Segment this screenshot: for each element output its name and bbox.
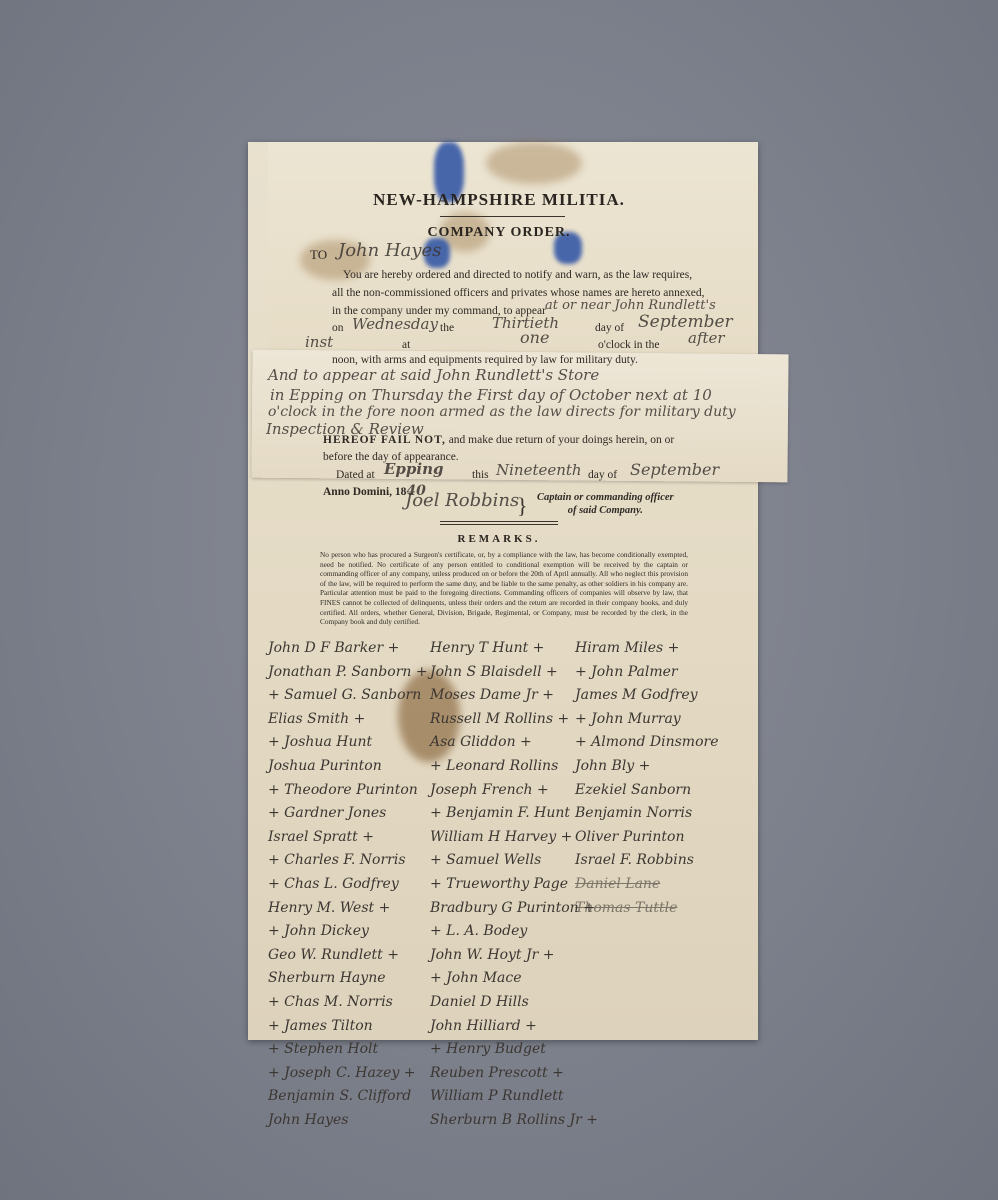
remarks-text: No person who has procured a Surgeon's c… [320, 550, 688, 627]
name-entry-struck: Thomas Tuttle [575, 900, 719, 924]
name-entry: Ezekiel Sanborn [575, 782, 719, 806]
name-entry: + Gardner Jones [268, 805, 428, 829]
name-entry: Sherburn Hayne [268, 970, 428, 994]
name-entry: Jonathan P. Sanborn + [268, 664, 428, 688]
names-column-3: Hiram Miles + + John Palmer James M Godf… [575, 640, 719, 923]
weekday: Wednesday [352, 315, 438, 333]
dated-at-label: Dated at [336, 467, 375, 484]
name-entry: William P Rundlett [430, 1088, 598, 1112]
name-entry: Daniel D Hills [430, 994, 598, 1018]
signature: Joel Robbins [405, 490, 519, 511]
name-entry: Oliver Purinton [575, 829, 719, 853]
name-entry: John W. Hoyt Jr + [430, 947, 598, 971]
name-entry: Elias Smith + [268, 711, 428, 735]
to-name: John Hayes [338, 240, 441, 261]
on-label: on [332, 320, 344, 337]
inst: inst [305, 333, 333, 351]
to-label: TO [310, 246, 327, 263]
name-entry: John Bly + [575, 758, 719, 782]
name-entry: + Trueworthy Page [430, 876, 598, 900]
appear-place: at or near John Rundlett's [545, 298, 716, 313]
the-label: the [440, 320, 454, 337]
added-line: in Epping on Thursday the First day of O… [270, 386, 712, 404]
name-entry: Israel F. Robbins [575, 852, 719, 876]
day-of-label: day of [595, 320, 624, 337]
name-entry: Israel Spratt + [268, 829, 428, 853]
name-entry: + Stephen Holt [268, 1041, 428, 1065]
name-entry: + John Dickey [268, 923, 428, 947]
dated-place: Epping [384, 460, 444, 478]
name-entry: + Henry Budget [430, 1041, 598, 1065]
name-entry: + John Palmer [575, 664, 719, 688]
name-entry: Geo W. Rundlett + [268, 947, 428, 971]
this-label: this [472, 467, 489, 484]
name-entry: + Almond Dinsmore [575, 734, 719, 758]
divider [440, 524, 558, 525]
added-line: And to appear at said John Rundlett's St… [268, 366, 599, 384]
name-entry: Sherburn B Rollins Jr + [430, 1112, 598, 1136]
name-entry: + Benjamin F. Hunt [430, 805, 598, 829]
name-entry: John S Blaisdell + [430, 664, 598, 688]
document-heading: NEW-HAMPSHIRE MILITIA. [0, 190, 998, 210]
name-entry: + Charles F. Norris [268, 852, 428, 876]
name-entry: + Joshua Hunt [268, 734, 428, 758]
name-entry: + Samuel Wells [430, 852, 598, 876]
dated-day: Nineteenth [496, 461, 582, 479]
name-entry: + Joseph C. Hazey + [268, 1065, 428, 1089]
divider [440, 521, 558, 522]
name-entry-struck: Daniel Lane [575, 876, 719, 900]
name-entry: + Chas M. Norris [268, 994, 428, 1018]
captain-line-1: Captain or commanding officer [537, 491, 674, 504]
divider [440, 216, 565, 217]
name-entry: + L. A. Bodey [430, 923, 598, 947]
anno-domini: Anno Domini, 18 [323, 486, 406, 498]
name-entry: + Theodore Purinton [268, 782, 428, 806]
fail-not-rest: and make due return of your doings herei… [449, 434, 674, 446]
am-pm: after [688, 329, 725, 347]
name-entry: + John Mace [430, 970, 598, 994]
name-entry: Joseph French + [430, 782, 598, 806]
name-entry: Bradbury G Purinton + [430, 900, 598, 924]
name-entry: Moses Dame Jr + [430, 687, 598, 711]
document-subheading: COMPANY ORDER. [0, 225, 998, 241]
fail-not: HEREOF FAIL NOT, [323, 434, 446, 446]
name-entry: Reuben Prescott + [430, 1065, 598, 1089]
hour: one [520, 328, 549, 347]
name-entry: + John Murray [575, 711, 719, 735]
body-line: You are hereby ordered and directed to n… [343, 267, 692, 284]
name-entry: + James Tilton [268, 1018, 428, 1042]
name-entry: James M Godfrey [575, 687, 719, 711]
name-entry: Benjamin S. Clifford [268, 1088, 428, 1112]
remarks-title: REMARKS. [0, 533, 998, 545]
name-entry: William H Harvey + [430, 829, 598, 853]
dated-day-of: day of [588, 467, 617, 484]
name-entry: John D F Barker + [268, 640, 428, 664]
names-column-2: Henry T Hunt + John S Blaisdell + Moses … [430, 640, 598, 1135]
dated-month: September [630, 460, 719, 479]
name-entry: Russell M Rollins + [430, 711, 598, 735]
name-entry: Henry M. West + [268, 900, 428, 924]
name-entry: Joshua Purinton [268, 758, 428, 782]
name-entry: John Hilliard + [430, 1018, 598, 1042]
stain [486, 142, 582, 184]
name-entry: + Samuel G. Sanborn [268, 687, 428, 711]
name-entry: + Chas L. Godfrey [268, 876, 428, 900]
name-entry: Hiram Miles + [575, 640, 719, 664]
name-entry: John Hayes [268, 1112, 428, 1136]
name-entry: + Leonard Rollins [430, 758, 598, 782]
name-entry: Henry T Hunt + [430, 640, 598, 664]
name-entry: Benjamin Norris [575, 805, 719, 829]
added-line: o'clock in the fore noon armed as the la… [268, 404, 736, 420]
name-entry: Asa Gliddon + [430, 734, 598, 758]
captain-line-2: of said Company. [537, 504, 674, 517]
brace: } [517, 493, 528, 519]
names-column-1: John D F Barker + Jonathan P. Sanborn + … [268, 640, 428, 1135]
